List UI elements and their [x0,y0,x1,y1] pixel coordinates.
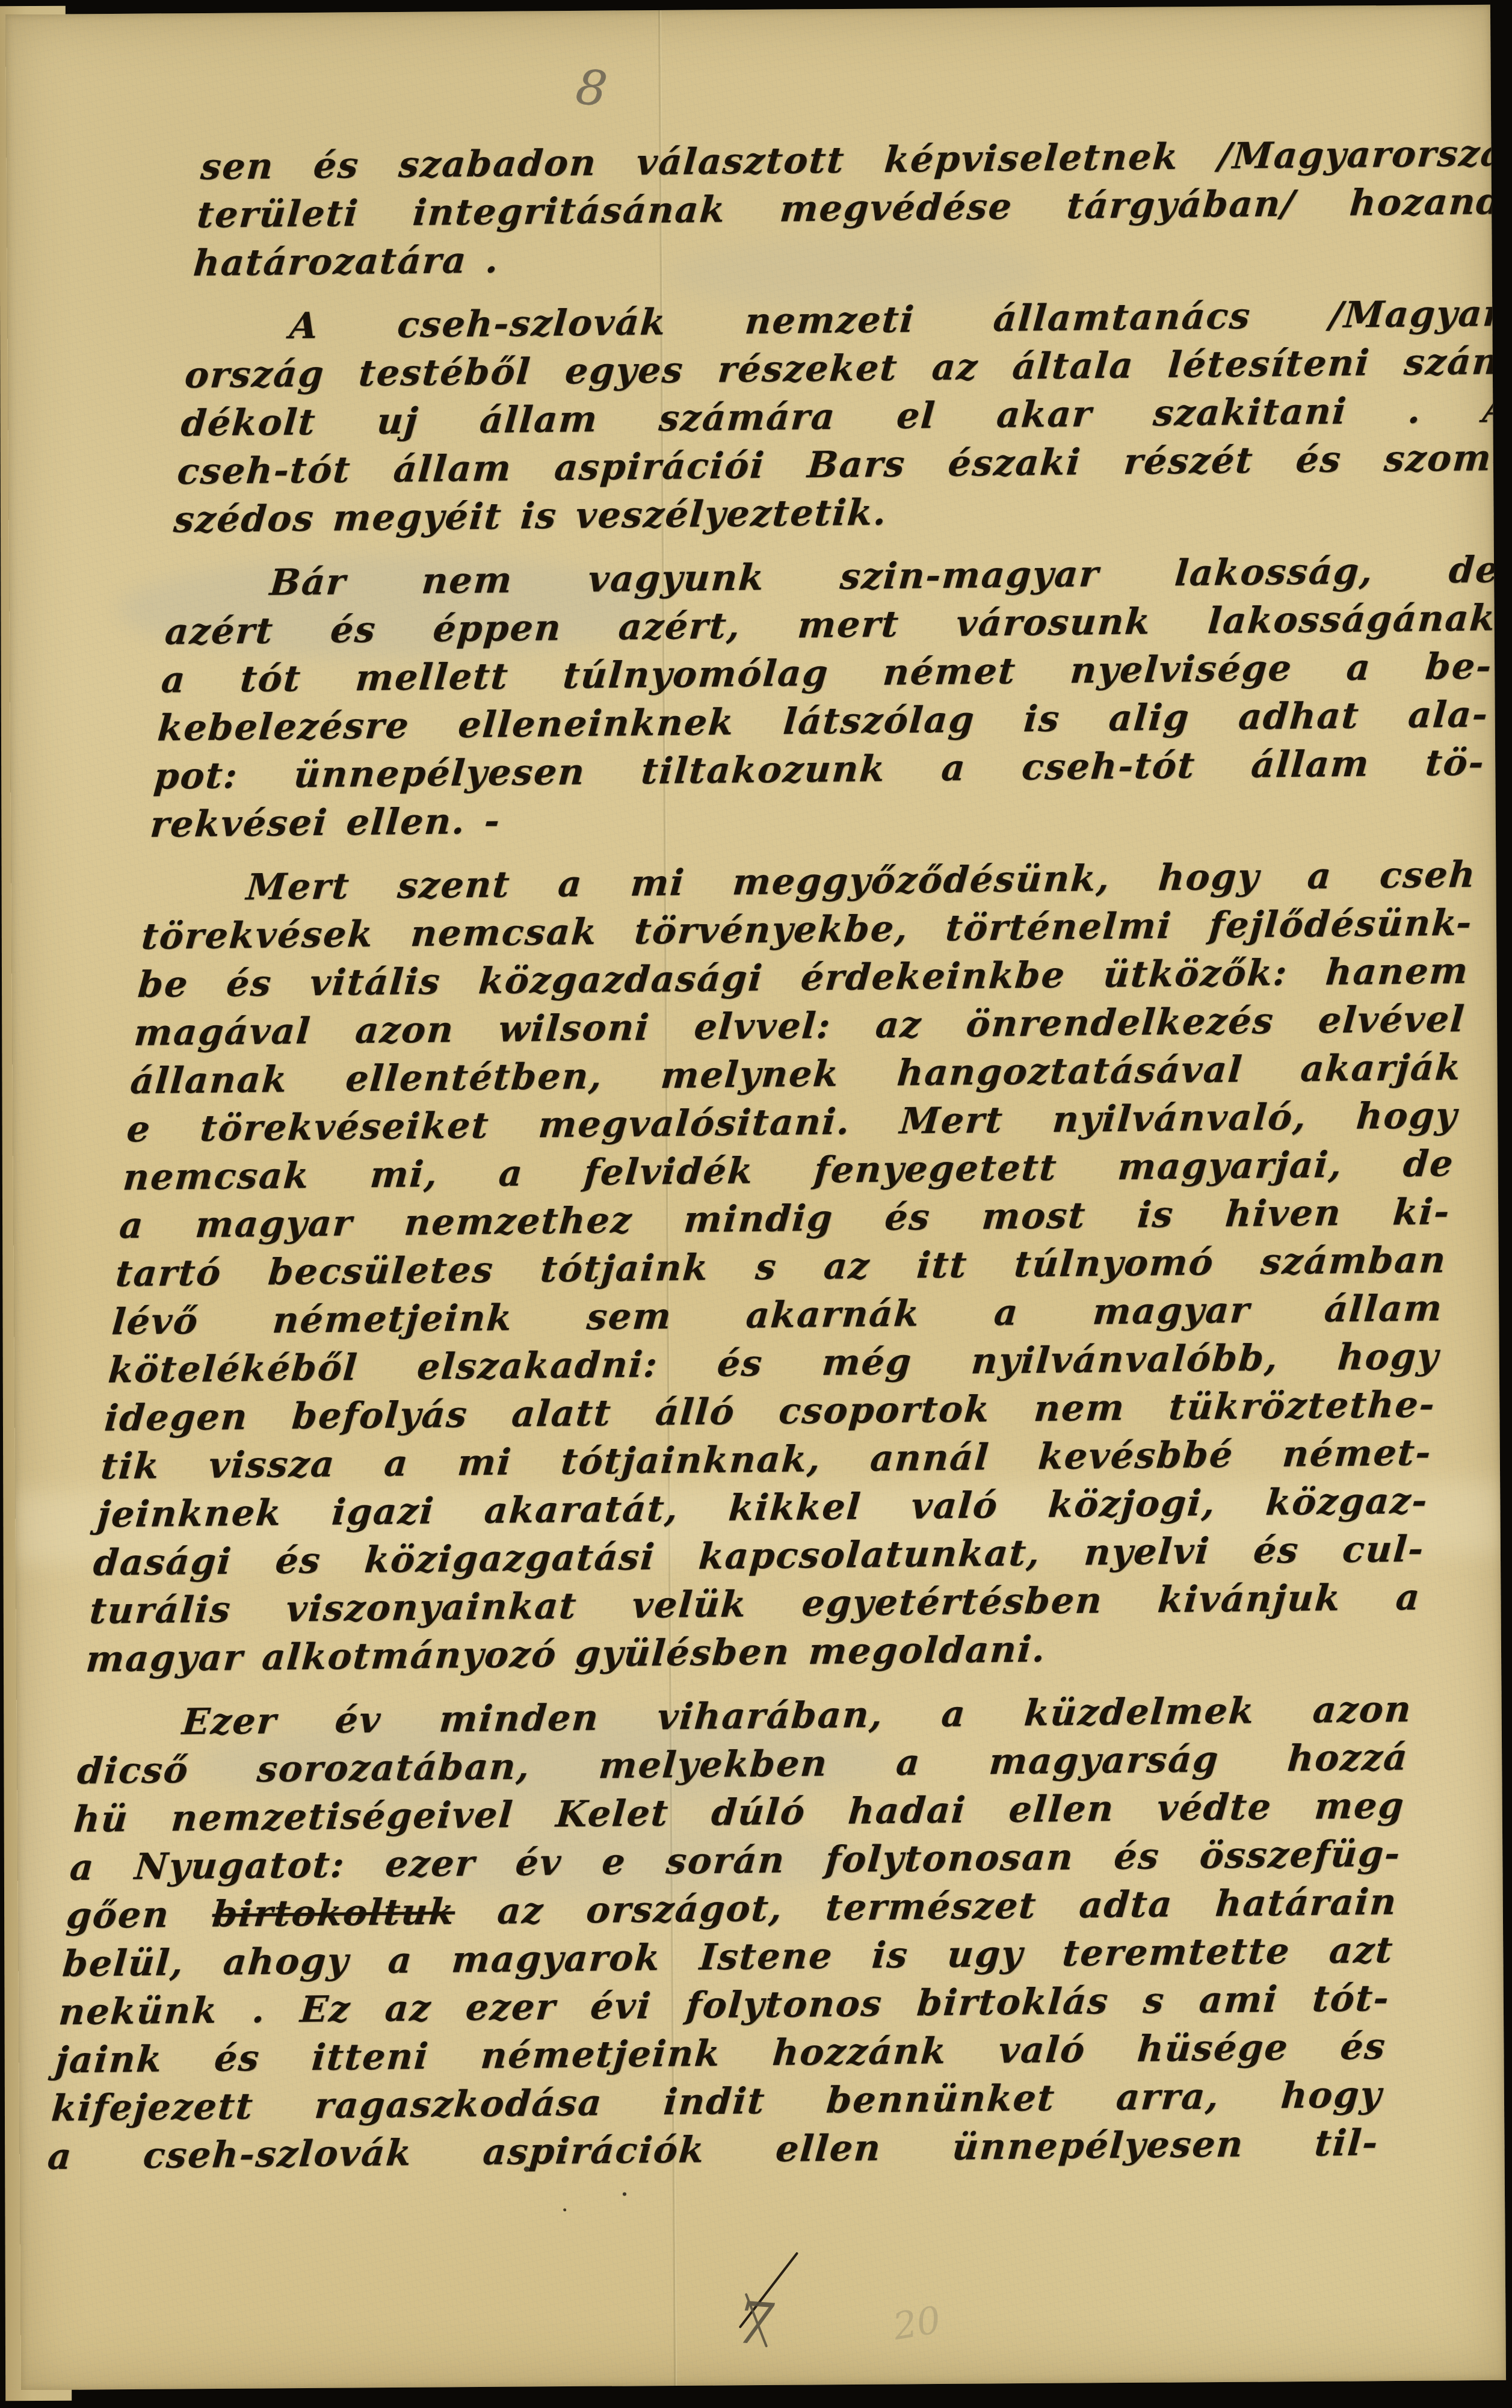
handwritten-text-block: sen és szabadon választott képviseletnek… [46,129,1506,2181]
text-segment: az országot, természet adta határain [453,1881,1398,1933]
ink-splatter [524,2167,530,2172]
page-number: 8 [573,58,610,117]
text-segment: gően [64,1894,214,1937]
struck-word: birtokoltuk [211,1891,457,1935]
pencil-mark-seven: 7 [734,2289,776,2359]
document-page: 8 sen és szabadon választott képviseletn… [5,5,1506,2390]
ink-splatter [623,2192,626,2196]
pencil-seven-digit: 7 [734,2289,776,2359]
pencil-mark-faint: 20 [890,2297,944,2348]
ink-splatter [563,2208,566,2211]
